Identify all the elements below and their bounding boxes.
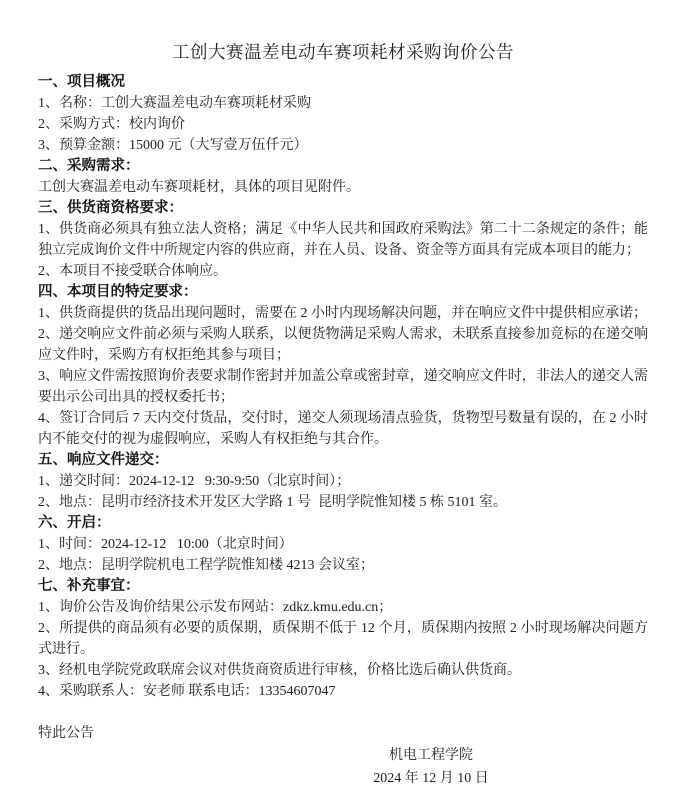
qualification-item-2: 2、本项目不接受联合体响应。 xyxy=(38,261,648,282)
budget-line: 3、预算金额：15000 元（大写壹万伍仟元） xyxy=(38,135,648,156)
project-name-line: 1、名称：工创大赛温差电动车赛项耗材采购 xyxy=(38,93,648,114)
submission-time-line: 1、递交时间：2024-12-12 9:30-9:50（北京时间）； xyxy=(38,471,648,492)
submission-location-line: 2、地点：昆明市经济技术开发区大学路 1 号 昆明学院惟知楼 5 栋 5101 … xyxy=(38,492,648,513)
supplementary-item-2: 2、所提供的商品须有必要的质保期，质保期不低于 12 个月，质保期内按照 2 小… xyxy=(38,618,648,660)
procurement-demand-line: 工创大赛温差电动车赛项耗材，具体的项目见附件。 xyxy=(38,177,648,198)
specific-requirement-1: 1、供货商提供的货品出现问题时，需要在 2 小时内现场解决问题，并在响应文件中提… xyxy=(38,303,648,324)
document-title: 工创大赛温差电动车赛项耗材采购询价公告 xyxy=(38,40,648,64)
specific-requirement-3: 3、响应文件需按照询价表要求制作密封并加盖公章或密封章，递交响应文件时，非法人的… xyxy=(38,366,648,408)
procurement-method-line: 2、采购方式：校内询价 xyxy=(38,114,648,135)
opening-location-line: 2、地点：昆明学院机电工程学院惟知楼 4213 会议室； xyxy=(38,555,648,576)
section-heading-specific-requirements: 四、本项目的特定要求： xyxy=(38,282,648,303)
supplementary-item-3: 3、经机电学院党政联席会议对供货商资质进行审核，价格比选后确认供货商。 xyxy=(38,660,648,681)
signature-date: 2024 年 12 月 10 日 xyxy=(126,767,682,790)
signature-block: 机电工程学院 2024 年 12 月 10 日 xyxy=(126,744,682,790)
opening-time-line: 1、时间：2024-12-12 10:00（北京时间） xyxy=(38,534,648,555)
supplementary-item-4-contact: 4、采购联系人：安老师 联系电话：13354607047 xyxy=(38,681,648,702)
closing-statement: 特此公告 xyxy=(38,723,648,744)
specific-requirement-2: 2、递交响应文件前必须与采购人联系，以便货物满足采购人需求，未联系直接参加竞标的… xyxy=(38,324,648,366)
section-heading-supplementary: 七、补充事宜： xyxy=(38,576,648,597)
specific-requirement-4: 4、签订合同后 7 天内交付货品，交付时，递交人须现场清点验货，货物型号数量有误… xyxy=(38,408,648,450)
qualification-item-1: 1、供货商必须具有独立法人资格；满足《中华人民共和国政府采购法》第二十二条规定的… xyxy=(38,219,648,261)
section-heading-response-submission: 五、响应文件递交： xyxy=(38,450,648,471)
section-heading-supplier-qualification: 三、供货商资格要求： xyxy=(38,198,648,219)
signature-org: 机电工程学院 xyxy=(126,744,682,767)
section-heading-procurement-demand: 二、采购需求： xyxy=(38,156,648,177)
section-heading-project-overview: 一、项目概况 xyxy=(38,72,648,93)
document-page: 工创大赛温差电动车赛项耗材采购询价公告 一、项目概况 1、名称：工创大赛温差电动… xyxy=(0,0,682,810)
supplementary-item-1: 1、询价公告及询价结果公示发布网站：zdkz.kmu.edu.cn； xyxy=(38,597,648,618)
section-heading-opening: 六、开启： xyxy=(38,513,648,534)
